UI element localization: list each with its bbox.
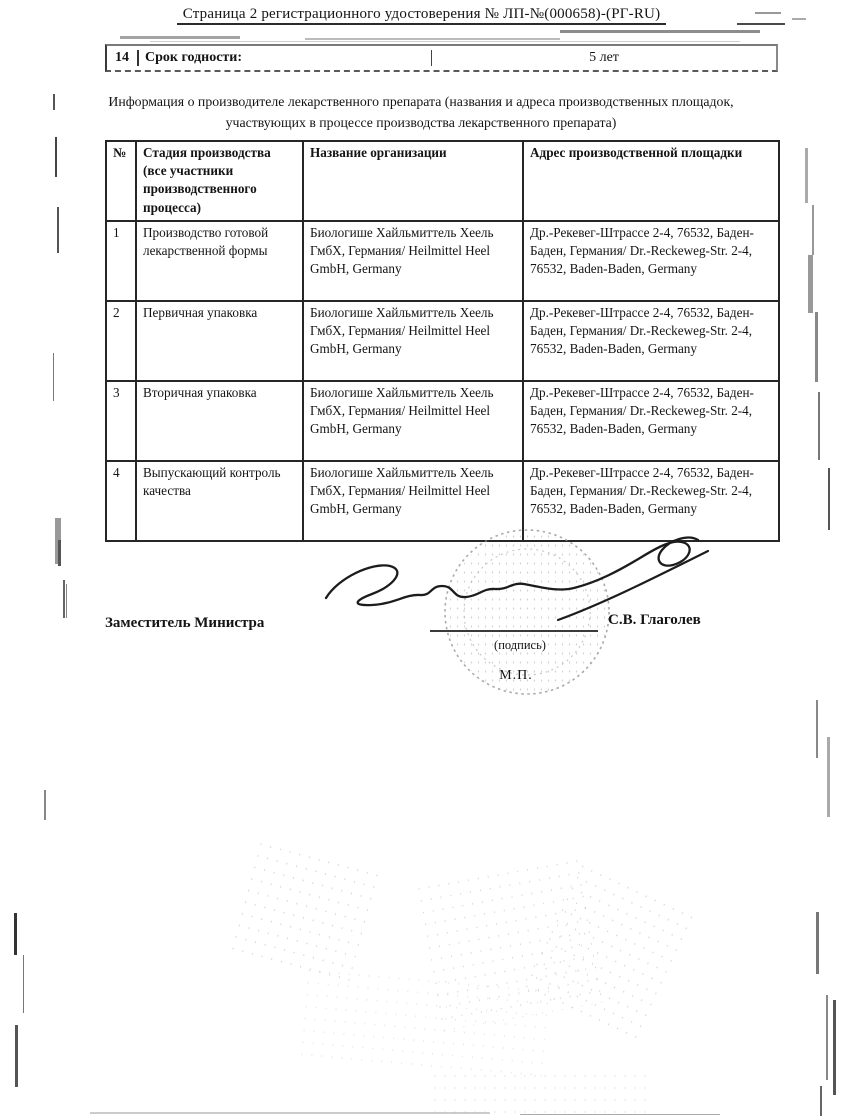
scan-artifact (815, 312, 818, 382)
scan-artifact (53, 94, 55, 110)
row-num: 1 (106, 221, 136, 301)
shelf-life-label: Срок годности: (137, 50, 431, 66)
scan-artifact (808, 255, 813, 313)
row-num: 4 (106, 461, 136, 541)
col-header-org: Название организации (303, 141, 523, 221)
seal-place-mark: М.П. (499, 668, 533, 684)
scan-artifact (737, 23, 785, 25)
scan-artifact (120, 36, 240, 39)
scan-artifact (833, 1000, 836, 1095)
row-org: Биологише Хайльмиттель Хеель ГмбХ, Герма… (303, 301, 523, 381)
scan-artifact (828, 468, 830, 530)
scan-artifact (812, 205, 814, 255)
signer-name: С.В. Глаголев (608, 612, 701, 629)
scan-artifact (805, 148, 808, 203)
shelf-life-value: 5 лет (431, 50, 776, 66)
scan-artifact (53, 353, 54, 401)
row-stage: Первичная упаковка (136, 301, 303, 381)
scan-artifact (63, 580, 65, 618)
stamp-inner-ring (464, 549, 590, 675)
row-stage: Вторичная упаковка (136, 381, 303, 461)
scan-artifact (66, 584, 67, 618)
table-header-row: № Стадия производства (все участники про… (106, 141, 779, 221)
scan-artifact (14, 913, 17, 955)
col-header-address: Адрес производственной площадки (523, 141, 779, 221)
signature-line (430, 630, 598, 632)
manufacturers-table: № Стадия производства (все участники про… (105, 140, 780, 542)
row-stage: Выпускающий контроль качества (136, 461, 303, 541)
scan-noise-patch (430, 1070, 650, 1115)
table-row: 2 Первичная упаковка Биологише Хайльмитт… (106, 301, 779, 381)
row-org: Биологише Хайльмиттель Хеель ГмбХ, Герма… (303, 381, 523, 461)
signature-caption: (подпись) (494, 638, 546, 653)
scan-artifact (792, 18, 806, 20)
scan-artifact (305, 38, 560, 40)
manufacturer-info-intro: Информация о производителе лекарственног… (71, 92, 771, 133)
scan-artifact (827, 737, 830, 817)
scan-artifact (816, 912, 819, 974)
scan-artifact (55, 137, 57, 177)
scan-artifact (44, 790, 46, 820)
scan-artifact (755, 12, 781, 14)
scan-artifact (820, 1086, 822, 1116)
row-stage: Производство готовой лекарственной формы (136, 221, 303, 301)
document-page: Страница 2 регистрационного удостоверени… (0, 0, 843, 1119)
scan-artifact (520, 1114, 720, 1115)
table-row: 3 Вторичная упаковка Биологише Хайльмитт… (106, 381, 779, 461)
scan-artifact (57, 207, 59, 253)
scan-noise-patch (296, 964, 554, 1085)
page-header: Страница 2 регистрационного удостоверени… (0, 6, 843, 23)
scan-artifact (816, 700, 818, 758)
row-address: Др.-Рекевег-Штрассе 2-4, 76532, Баден-Ба… (523, 381, 779, 461)
page-header-text: Страница 2 регистрационного удостоверени… (177, 6, 667, 25)
scan-artifact (818, 392, 820, 460)
row-address: Др.-Рекевег-Штрассе 2-4, 76532, Баден-Ба… (523, 221, 779, 301)
row-address: Др.-Рекевег-Штрассе 2-4, 76532, Баден-Ба… (523, 301, 779, 381)
shelf-life-row: 14 Срок годности: 5 лет (105, 44, 778, 72)
table-row: 1 Производство готовой лекарственной фор… (106, 221, 779, 301)
row-num: 3 (106, 381, 136, 461)
scan-artifact (826, 995, 828, 1080)
signer-title: Заместитель Министра (105, 615, 264, 632)
scan-artifact (150, 41, 740, 42)
scan-artifact (23, 955, 24, 1013)
row-org: Биологише Хайльмиттель Хеель ГмбХ, Герма… (303, 221, 523, 301)
scan-artifact (560, 30, 760, 33)
shelf-life-number: 14 (107, 50, 137, 66)
scan-artifact (15, 1025, 18, 1087)
col-header-stage: Стадия производства (все участники произ… (136, 141, 303, 221)
signature-stroke (326, 538, 698, 606)
scan-artifact (58, 540, 61, 566)
col-header-num: № (106, 141, 136, 221)
scan-artifact (90, 1112, 490, 1114)
row-num: 2 (106, 301, 136, 381)
